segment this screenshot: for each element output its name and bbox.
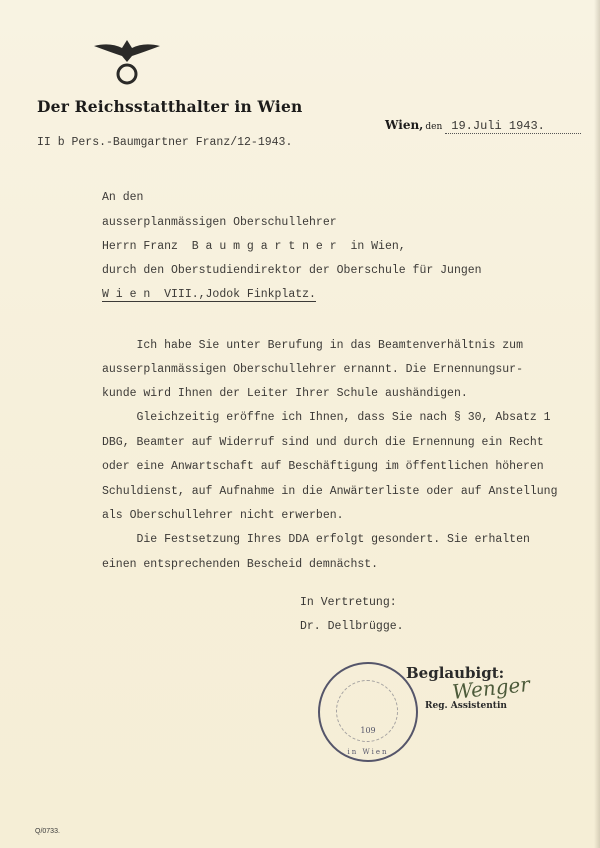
body-p3-line-2: einen entsprechenden Bescheid demnächst. bbox=[102, 558, 378, 571]
document-page: Der Reichsstatthalter in Wien II b Pers.… bbox=[0, 0, 600, 848]
paper-edge bbox=[594, 0, 600, 848]
place-den: den bbox=[425, 122, 442, 132]
address-line-5: W i e n VIII.,Jodok Finkplatz. bbox=[102, 288, 316, 302]
body-p2-line-5: als Oberschullehrer nicht erwerben. bbox=[102, 509, 344, 522]
body-p2-line-4: Schuldienst, auf Aufnahme in die Anwärte… bbox=[102, 485, 557, 498]
body-p1-line-3: kunde wird Ihnen der Leiter Ihrer Schule… bbox=[102, 387, 468, 400]
letterhead-emblem-icon bbox=[92, 36, 162, 86]
address-line-2: ausserplanmässigen Oberschullehrer bbox=[102, 216, 337, 229]
in-vertretung-label: In Vertretung: bbox=[300, 596, 397, 609]
seal-number: 109 bbox=[320, 726, 416, 735]
form-code: Q/0733. bbox=[35, 828, 60, 835]
signatory-name: Dr. Dellbrügge. bbox=[300, 620, 404, 633]
letter-date: 19.Juli 1943. bbox=[445, 119, 581, 134]
body-p2-line-2: DBG, Beamter auf Widerruf sind und durch… bbox=[102, 436, 544, 449]
address-line-1: An den bbox=[102, 191, 143, 204]
body-p1-line-1: Ich habe Sie unter Berufung in das Beamt… bbox=[102, 339, 523, 352]
address-line-4: durch den Oberstudiendirektor der Obersc… bbox=[102, 264, 482, 277]
seal-ring-text: in Wien bbox=[320, 748, 416, 756]
reference-number: II b Pers.-Baumgartner Franz/12-1943. bbox=[37, 136, 292, 149]
place-city: Wien, bbox=[385, 118, 423, 132]
letterhead-authority: Der Reichsstatthalter in Wien bbox=[37, 97, 302, 116]
place-date: Wien,den19.Juli 1943. bbox=[385, 118, 581, 134]
body-p2-line-1: Gleichzeitig eröffne ich Ihnen, dass Sie… bbox=[102, 411, 551, 424]
address-line-3: Herrn Franz B a u m g a r t n e r in Wie… bbox=[102, 240, 406, 253]
certifier-title: Reg. Assistentin bbox=[425, 701, 507, 711]
body-p2-line-3: oder eine Anwartschaft auf Beschäftigung… bbox=[102, 460, 544, 473]
body-p1-line-2: ausserplanmässigen Oberschullehrer ernan… bbox=[102, 363, 523, 376]
body-p3-line-1: Die Festsetzung Ihres DDA erfolgt gesond… bbox=[102, 533, 530, 546]
official-seal-icon: 109 in Wien bbox=[318, 662, 418, 762]
